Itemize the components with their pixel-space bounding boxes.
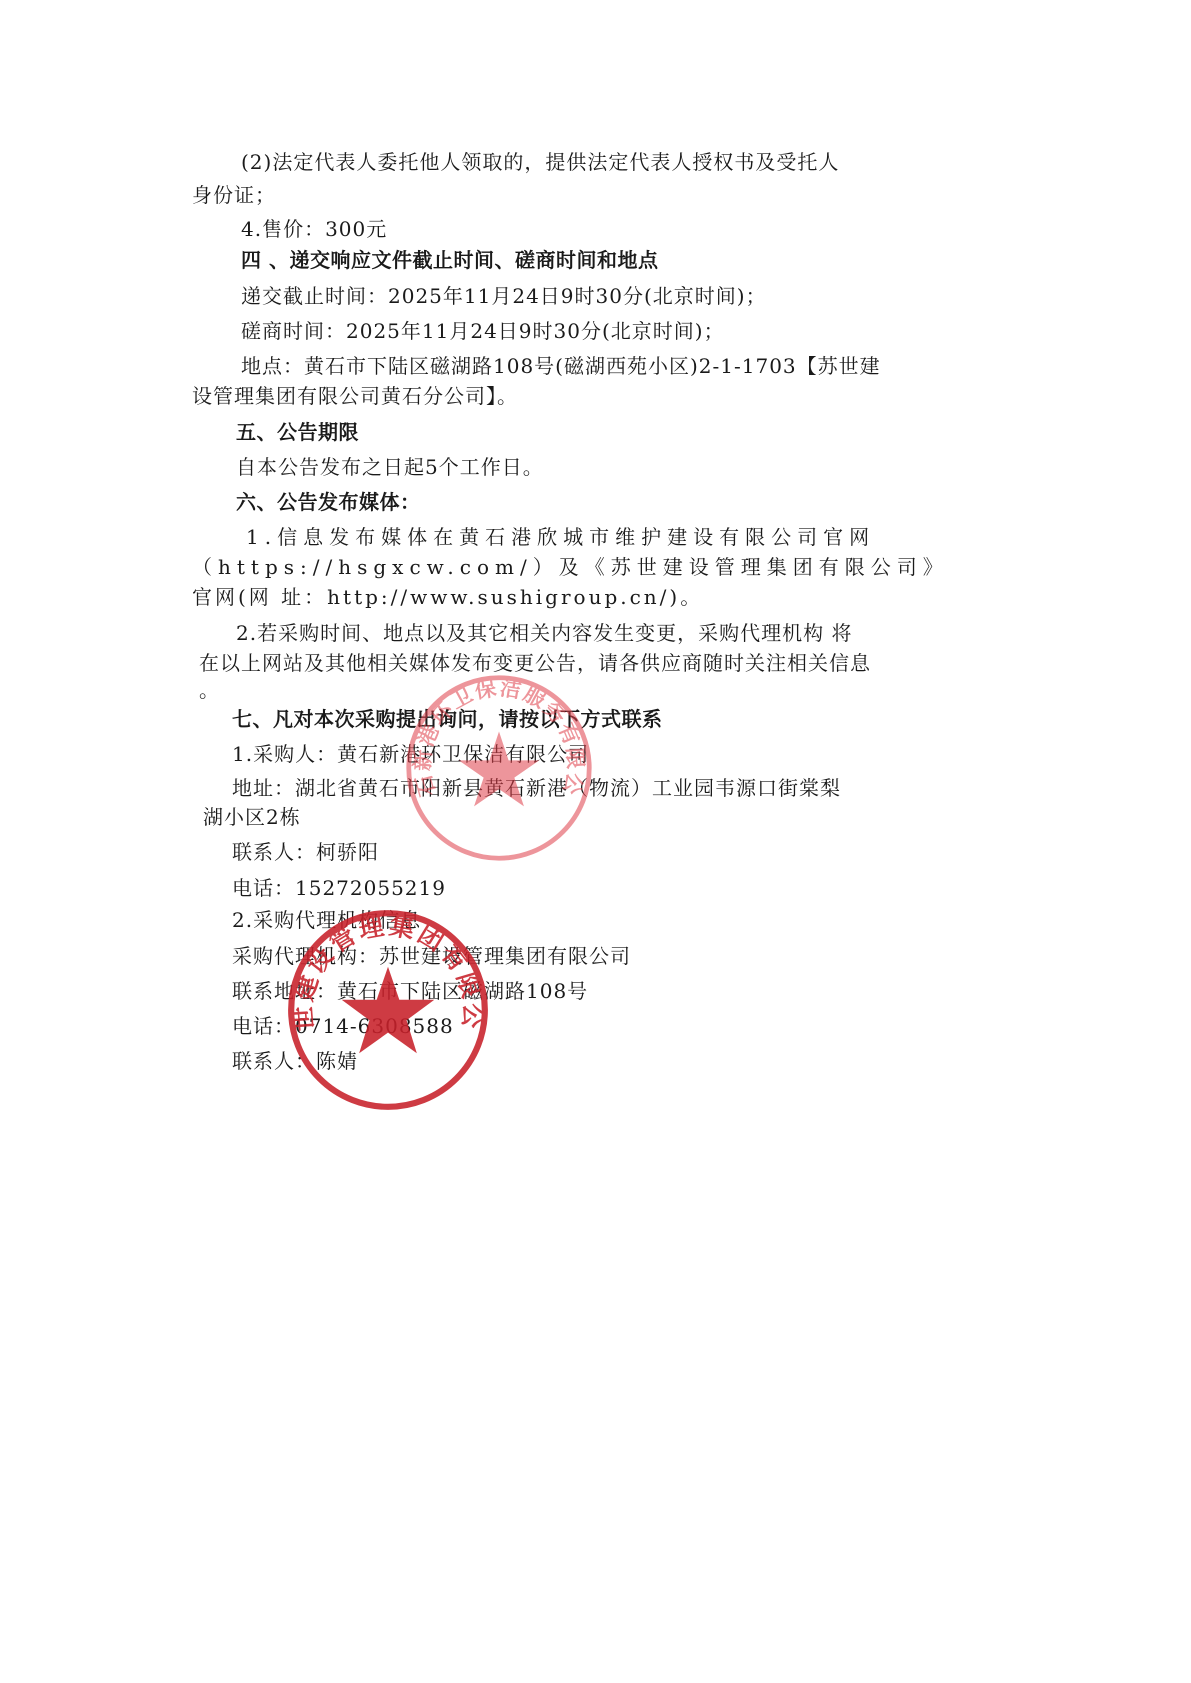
section-heading-contacts: 七、凡对本次采购提出询问，请按以下方式联系	[232, 705, 663, 733]
seal-icon: 苏世建设管理集团有限公司	[285, 907, 491, 1113]
purchaser-contact: 联系人：柯骄阳	[232, 838, 379, 866]
agency-seal-stamp: 苏世建设管理集团有限公司	[285, 907, 491, 1113]
agency-contact: 联系人：陈婧	[232, 1047, 358, 1075]
media-item-1-line-1: 1.信息发布媒体在黄石港欣城市维护建设有限公司官网	[246, 523, 875, 551]
negotiation-time: 磋商时间：2025年11月24日9时30分(北京时间)；	[241, 317, 725, 345]
purchaser-address-line-1: 地址：湖北省黄石市阳新县黄石新港（物流）工业园韦源口街棠梨	[232, 774, 841, 802]
media-item-2-line-3: 。	[199, 676, 220, 704]
media-item-2-line-1: 2.若采购时间、地点以及其它相关内容发生变更，采购代理机构 将	[236, 619, 852, 647]
paragraph-id-card: 身份证；	[192, 181, 276, 209]
seal-icon: 黄石新港环卫保洁服务有限公司	[403, 672, 595, 864]
agency-phone: 电话：0714-6308588	[232, 1012, 454, 1040]
agency-heading: 2.采购代理机构信息	[232, 906, 421, 934]
price-line: 4.售价：300元	[241, 215, 387, 243]
purchaser-phone: 电话：15272055219	[232, 874, 446, 902]
submission-deadline: 递交截止时间：2025年11月24日9时30分(北京时间)；	[241, 282, 767, 310]
section-heading-period: 五、公告期限	[236, 418, 359, 446]
agency-name: 采购代理机构：苏世建设管理集团有限公司	[232, 942, 631, 970]
purchaser-name: 1.采购人：黄石新港环卫保洁有限公司	[232, 740, 589, 768]
media-item-1-line-2: （https://hsgxcw.com/）及《苏世建设管理集团有限公司》	[192, 553, 949, 581]
purchaser-seal-stamp: 黄石新港环卫保洁服务有限公司	[403, 672, 595, 864]
media-item-2-line-2: 在以上网站及其他相关媒体发布变更公告，请各供应商随时关注相关信息	[199, 649, 871, 677]
location-line-2: 设管理集团有限公司黄石分公司】。	[192, 382, 518, 410]
paragraph-proxy-authorization: (2)法定代表人委托他人领取的，提供法定代表人授权书及受托人	[241, 148, 839, 176]
agency-address: 联系地址：黄石市下陆区磁湖路108号	[232, 977, 588, 1005]
purchaser-address-line-2: 湖小区2栋	[203, 803, 301, 831]
section-heading-media: 六、公告发布媒体：	[236, 488, 421, 516]
location-line-1: 地点：黄石市下陆区磁湖路108号(磁湖西苑小区)2-1-1703【苏世建	[241, 352, 881, 380]
period-text: 自本公告发布之日起5个工作日。	[236, 453, 544, 481]
media-item-1-line-3: 官网(网 址：http://www.sushigroup.cn/)。	[192, 583, 703, 611]
document-page: (2)法定代表人委托他人领取的，提供法定代表人授权书及受托人 身份证； 4.售价…	[0, 0, 1191, 1683]
section-heading-deadline: 四 、递交响应文件截止时间、磋商时间和地点	[241, 246, 658, 274]
